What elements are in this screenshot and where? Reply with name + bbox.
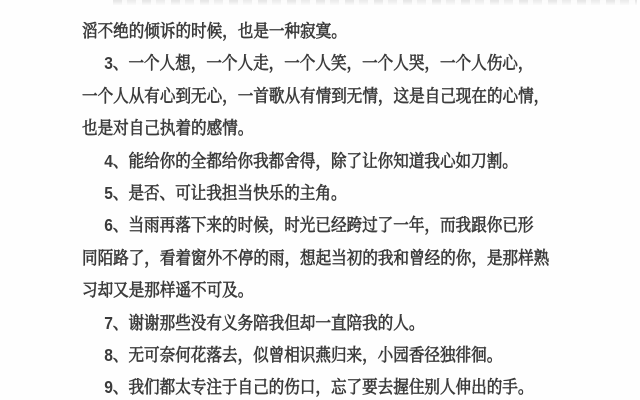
text-line-1: 滔不绝的倾诉的时候，也是一种寂寞。: [82, 15, 616, 47]
text-line-3: 一个人从有心到无心，一首歌从有情到无情，这是自己现在的心情，: [82, 80, 616, 112]
text-line-5: 4、能给你的全都给你我都舍得，除了让你知道我心如刀割。: [82, 145, 616, 177]
document-page: 滔不绝的倾诉的时候，也是一种寂寞。 3、一个人想，一个人走，一个人笑，一个人哭，…: [0, 0, 640, 400]
clipped-text-line-remnant: [113, 0, 637, 5]
text-line-12: 9、我们都太专注于自己的伤口，忘了要去握住别人伸出的手。: [82, 371, 616, 400]
text-line-11: 8、无可奈何花落去，似曾相识燕归来，小园香径独徘徊。: [82, 339, 616, 371]
text-line-6: 5、是否、可让我担当快乐的主角。: [82, 177, 616, 209]
text-line-10: 7、谢谢那些没有义务陪我但却一直陪我的人。: [82, 307, 616, 339]
text-line-8: 同陌路了，看着窗外不停的雨，想起当初的我和曾经的你，是那样熟: [82, 242, 616, 274]
text-line-4: 也是对自己执着的感情。: [82, 112, 616, 144]
quotes-text-block: 滔不绝的倾诉的时候，也是一种寂寞。 3、一个人想，一个人走，一个人笑，一个人哭，…: [82, 15, 616, 400]
text-line-7: 6、当雨再落下来的时候，时光已经跨过了一年，而我跟你已形: [82, 209, 616, 241]
text-line-9: 习却又是那样遥不可及。: [82, 274, 616, 306]
text-line-2: 3、一个人想，一个人走，一个人笑，一个人哭，一个人伤心，: [82, 47, 616, 79]
